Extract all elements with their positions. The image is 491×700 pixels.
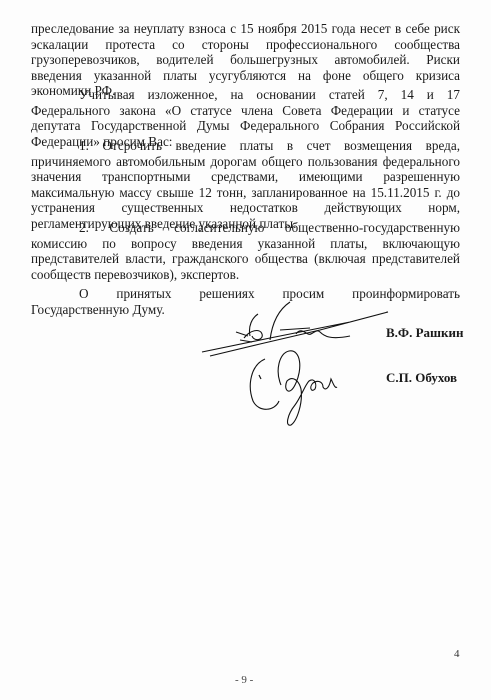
- signatory-name: В.Ф. Рашкин: [386, 325, 463, 341]
- signature-obukhov-icon: [245, 345, 345, 430]
- signatory-name: С.П. Обухов: [386, 370, 457, 386]
- request-item-1: 1. Отсрочить введение платы в счет возме…: [31, 138, 460, 232]
- page-number: 4: [454, 648, 460, 660]
- document-page: преследование за неуплату взноса с 15 но…: [0, 0, 491, 700]
- request-item-2: 2. Создать согласительную общественно-го…: [31, 220, 460, 282]
- paragraph-text: 2. Создать согласительную общественно-го…: [31, 220, 460, 282]
- footer-page-number: - 9 -: [235, 674, 253, 686]
- paragraph-text: 1. Отсрочить введение платы в счет возме…: [31, 138, 460, 232]
